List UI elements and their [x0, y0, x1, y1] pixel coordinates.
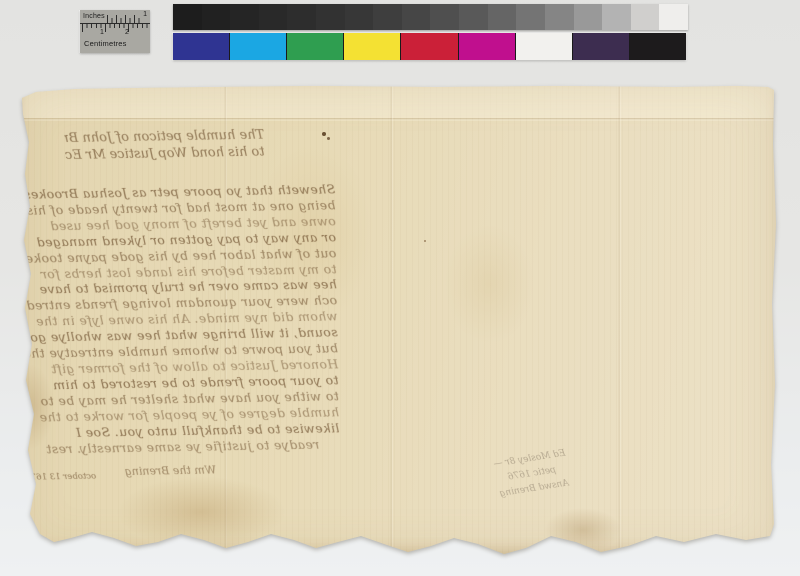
- handwriting-line: to my master before his lande lost herbs…: [22, 261, 336, 282]
- ruler-cm-ticks: [82, 24, 148, 32]
- grayscale-step-swatch: [316, 4, 345, 30]
- petition-body-text: Sheweth that yo poore petr as Joshua Bro…: [21, 181, 340, 457]
- color-patch-swatch: [459, 33, 515, 60]
- paper-stain: [8, 364, 54, 450]
- grayscale-step-swatch: [430, 4, 459, 30]
- petition-heading: The humble peticon of John Brening to hi…: [64, 127, 265, 164]
- handwriting-line: being one at most had for twenty heade o…: [21, 197, 335, 218]
- handwriting-line: but you powre to whome humble entreatye …: [24, 340, 338, 361]
- handwriting-line: Wm the Brening: [112, 463, 216, 478]
- ruler-inch-number: 1: [142, 10, 150, 19]
- grayscale-step-swatch: [516, 4, 545, 30]
- paper-stain: [116, 476, 286, 548]
- paper-stain: [544, 508, 622, 552]
- color-calibration-bar: [173, 33, 686, 60]
- handwriting-line: to withe you have what shelter he may be…: [25, 388, 339, 409]
- grayscale-step-swatch: [602, 4, 631, 30]
- handwriting-line: october 13 1676: [26, 472, 96, 483]
- handwriting-line: likewise to be thankfull unto you. Soe I: [25, 420, 339, 441]
- handwriting-line: hee was came over he truly promisd to ha…: [23, 277, 337, 298]
- handwriting-line: whom did nye minde. Ah his owne lyfe in …: [23, 309, 337, 330]
- handwriting-line: owne and yet bereft of mony god hee used: [22, 213, 336, 234]
- paper-stain: [254, 144, 374, 324]
- vertical-fold-crease: [618, 86, 621, 552]
- paper-top-fold-band: [16, 84, 776, 118]
- grayscale-step-swatch: [631, 4, 660, 30]
- ruler-centimetres-label: Centimetres: [80, 39, 150, 49]
- docket-endorsement: Ed Mosley 8r —petic 1676Answd Brening: [473, 444, 591, 506]
- manuscript-paper-wrap: The humble peticon of John Brening to hi…: [16, 84, 776, 556]
- ink-spot: [322, 132, 326, 136]
- mirrored-handwriting-area: The humble peticon of John Brening to hi…: [20, 121, 340, 127]
- paper-stain: [444, 224, 534, 344]
- ruler-cm-number-1: 1: [100, 29, 104, 36]
- color-patch-swatch: [173, 33, 229, 60]
- handwriting-line: out of what labor hee by his gode payne …: [22, 245, 336, 266]
- ruler-inches-row: Inches 1: [80, 10, 150, 24]
- color-patch-swatch: [516, 33, 572, 60]
- ruler-inches-label: Inches: [80, 10, 105, 21]
- grayscale-step-swatch: [373, 4, 402, 30]
- calibration-ruler: Inches 1 1 2 Centimetres: [80, 10, 150, 53]
- ink-spot: [424, 240, 426, 242]
- ruler-inch-ticks: [107, 10, 142, 23]
- handwriting-line: sound, it will bringe what hee was wholl…: [24, 324, 338, 345]
- grayscale-calibration-bar: [173, 4, 688, 30]
- date-line: october 13 1676: [26, 472, 96, 483]
- color-patch-swatch: [287, 33, 343, 60]
- ruler-cm-number-2: 2: [125, 29, 129, 36]
- grayscale-step-swatch: [459, 4, 488, 30]
- signature-line: Wm the Brening: [112, 463, 216, 478]
- handwriting-line: to your poore frende to be restored to h…: [24, 372, 338, 393]
- grayscale-step-swatch: [259, 4, 288, 30]
- grayscale-step-swatch: [345, 4, 374, 30]
- color-patch-swatch: [401, 33, 457, 60]
- grayscale-step-swatch: [545, 4, 574, 30]
- handwriting-line: or any way to pay gotten or lykend manag…: [22, 229, 336, 250]
- grayscale-step-swatch: [173, 4, 202, 30]
- handwriting-line: Honored Justice to allow of the former g…: [24, 356, 338, 377]
- handwriting-line: Sheweth that yo poore petr as Joshua Bro…: [21, 181, 335, 202]
- grayscale-step-swatch: [574, 4, 603, 30]
- ruler-cm-row: 1 2: [80, 24, 150, 39]
- horizontal-fold-crease: [16, 118, 776, 121]
- grayscale-step-swatch: [402, 4, 431, 30]
- vertical-fold-crease: [224, 86, 227, 552]
- archival-photo-scene: Inches 1 1 2 Centimetres: [0, 0, 800, 576]
- grayscale-step-swatch: [287, 4, 316, 30]
- handwriting-line: readye to justifie ye same earnestly. re…: [26, 436, 340, 457]
- color-patch-swatch: [344, 33, 400, 60]
- vertical-fold-crease: [390, 86, 393, 552]
- grayscale-step-swatch: [202, 4, 231, 30]
- handwriting-line: The humble peticon of John Brening: [64, 127, 264, 147]
- color-patch-swatch: [573, 33, 629, 60]
- handwriting-line: och were your quondam lovinge frends ent…: [23, 293, 337, 314]
- ink-spot: [327, 137, 330, 140]
- grayscale-step-swatch: [230, 4, 259, 30]
- color-patch-swatch: [230, 33, 286, 60]
- ruler-label-row: Centimetres: [80, 39, 150, 54]
- handwriting-line: humble degree of ye people for worke to …: [25, 404, 339, 425]
- handwriting-line: to his hond Wop Justice Mr Ecclestn: [64, 144, 264, 164]
- docket-line: petic 1676: [476, 458, 589, 490]
- docket-line: Ed Mosley 8r —: [473, 444, 586, 476]
- color-patch-swatch: [630, 33, 686, 60]
- docket-line: Answd Brening: [478, 473, 591, 505]
- grayscale-step-swatch: [659, 4, 688, 30]
- manuscript-paper: The humble peticon of John Brening to hi…: [16, 84, 776, 556]
- grayscale-step-swatch: [488, 4, 517, 30]
